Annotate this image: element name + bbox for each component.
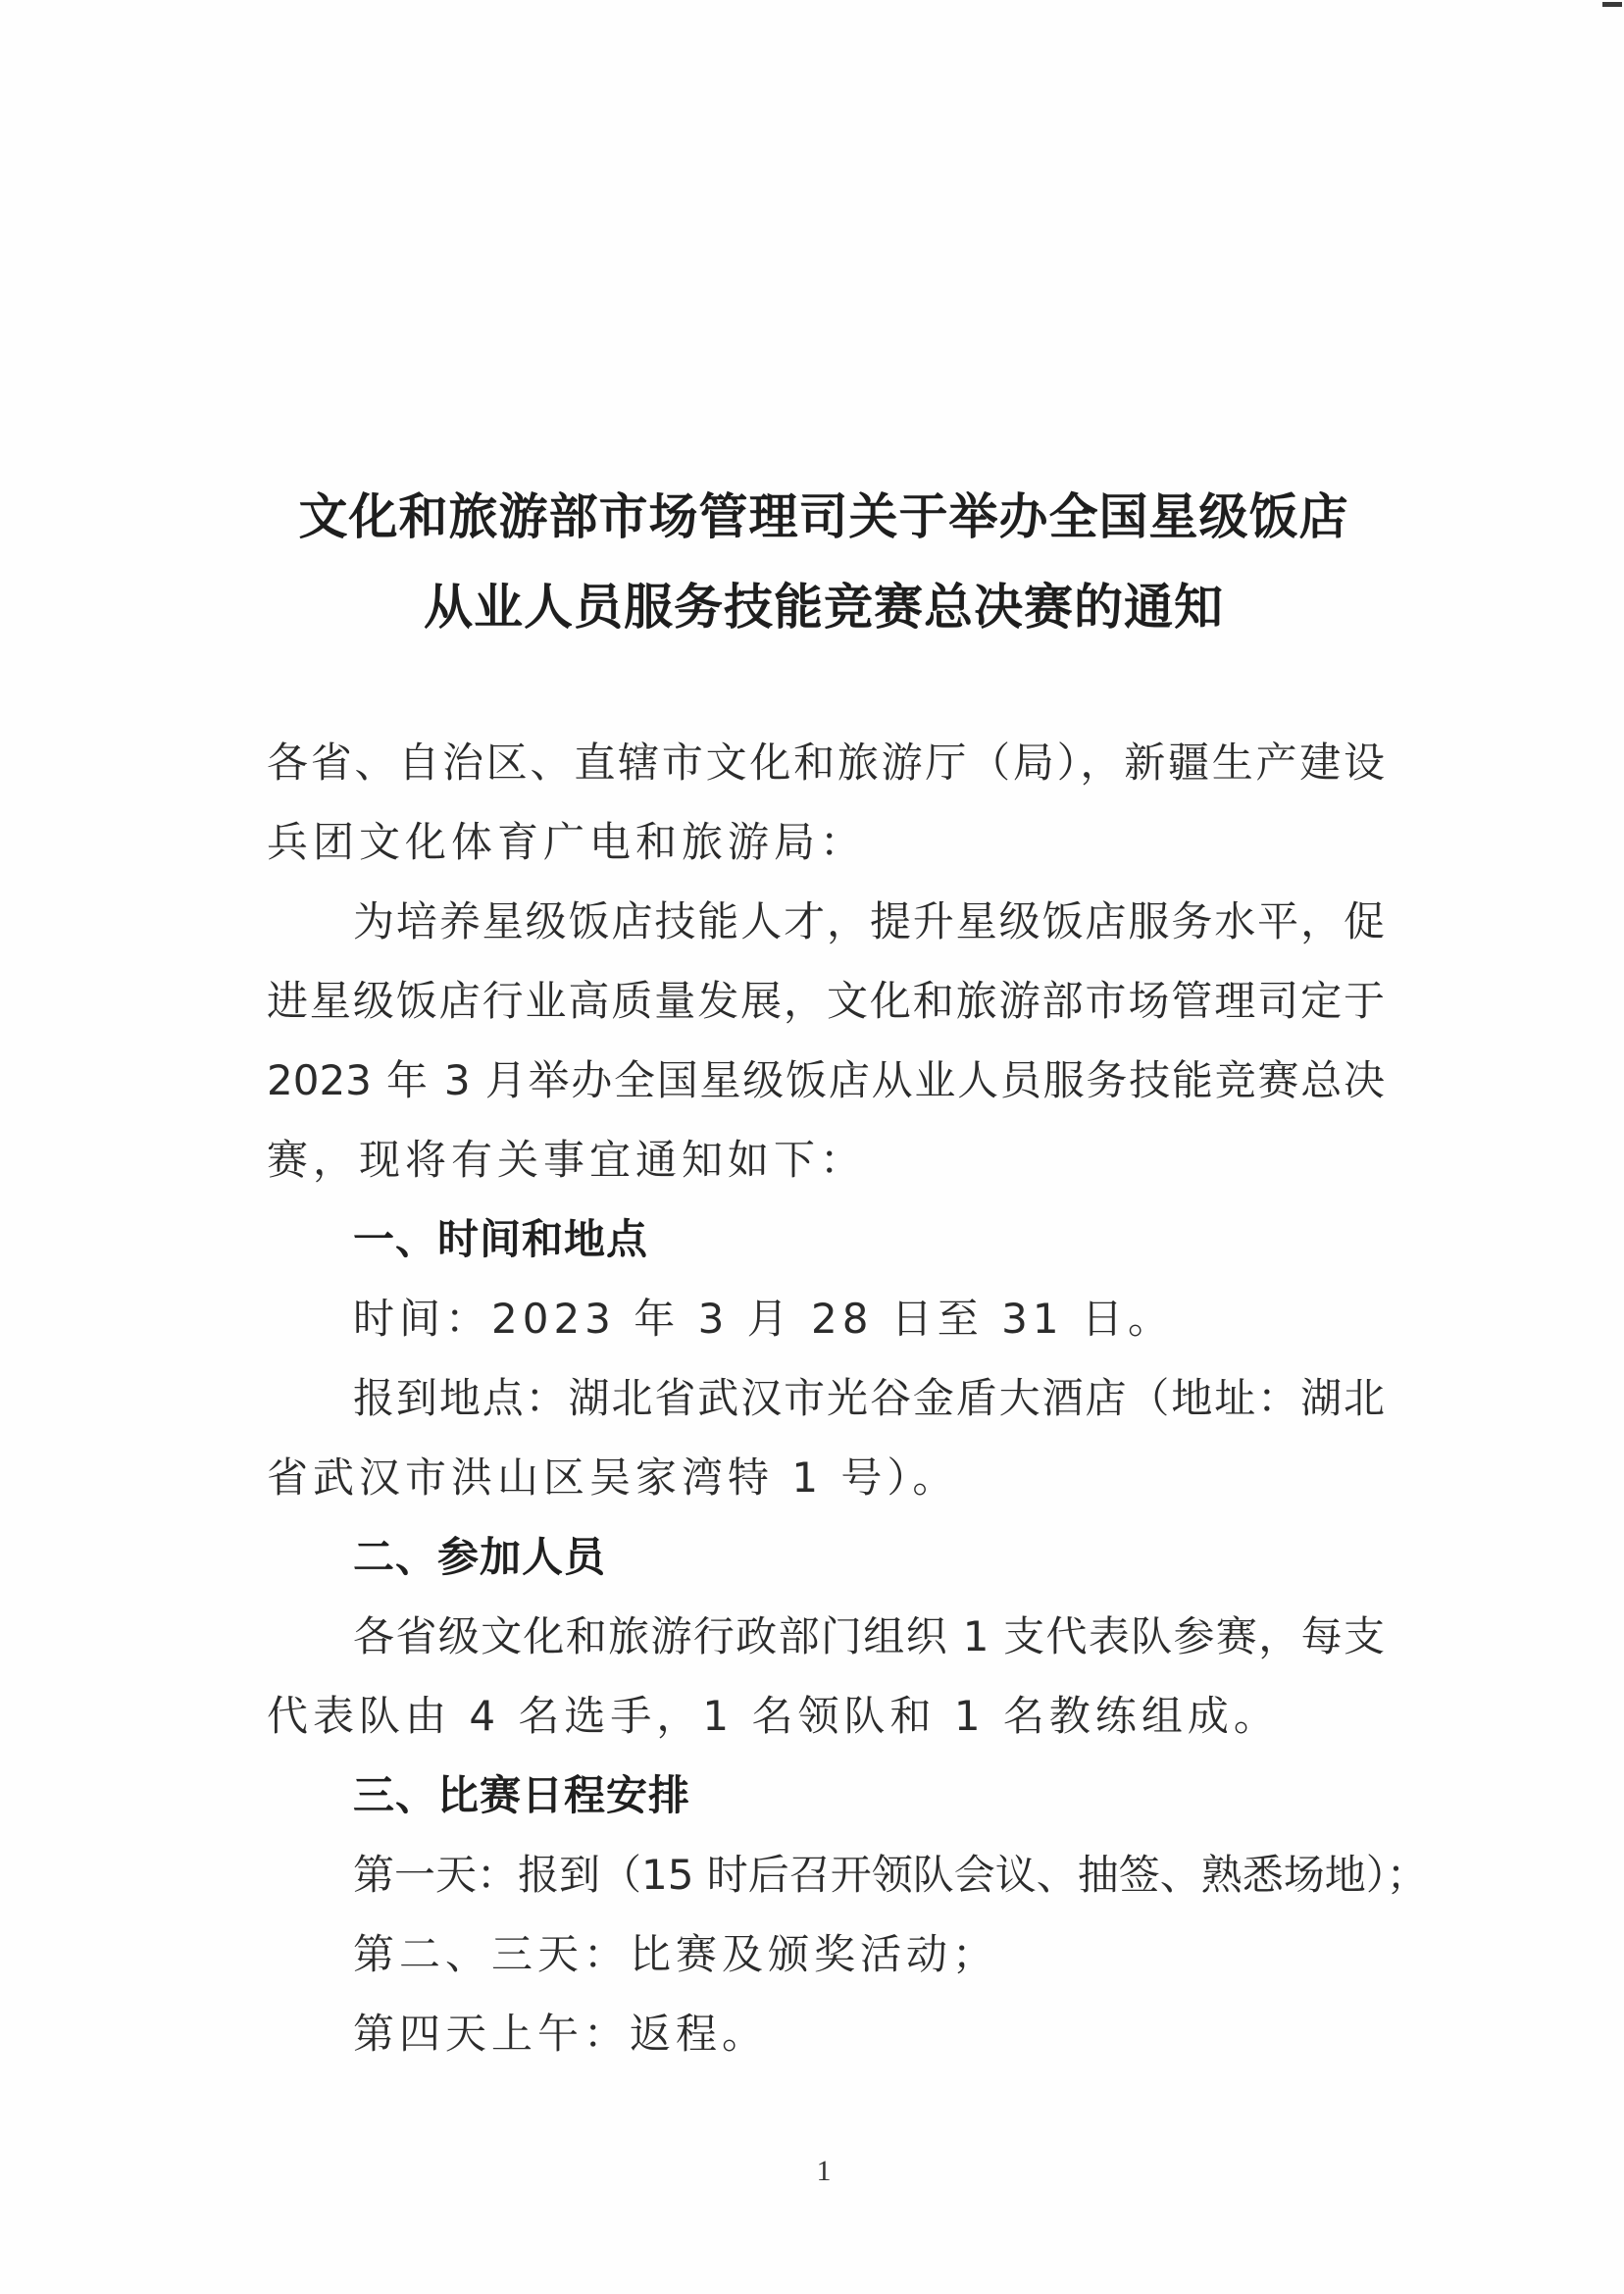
scan-artifact xyxy=(1602,2,1622,7)
section-1-line-3: 省武汉市洪山区吴家湾特 1 号）。 xyxy=(267,1453,1385,1503)
intro-line-1: 为培养星级饭店技能人才，提升星级饭店服务水平，促 xyxy=(267,897,1385,946)
section-heading-participants: 二、参加人员 xyxy=(267,1533,1385,1582)
page-number: 1 xyxy=(804,2154,843,2189)
section-2-line-2: 代表队由 4 名选手，1 名领队和 1 名教练组成。 xyxy=(267,1692,1385,1741)
section-2-line-1: 各省级文化和旅游行政部门组织 1 支代表队参赛，每支 xyxy=(267,1612,1385,1661)
addressee-line-1: 各省、自治区、直辖市文化和旅游厅（局），新疆生产建设 xyxy=(267,739,1385,788)
document-page: 文化和旅游部市场管理司关于举办全国星级饭店 从业人员服务技能竞赛总决赛的通知 各… xyxy=(0,0,1624,2294)
addressee-line-2: 兵团文化体育广电和旅游局： xyxy=(267,818,1385,867)
section-heading-schedule: 三、比赛日程安排 xyxy=(267,1771,1385,1820)
intro-line-4: 赛，现将有关事宜通知如下： xyxy=(267,1136,1385,1185)
section-3-line-2: 第二、三天：比赛及颁奖活动； xyxy=(267,1930,1385,1979)
intro-line-2: 进星级饭店行业高质量发展，文化和旅游部市场管理司定于 xyxy=(267,977,1385,1026)
section-heading-time-place: 一、时间和地点 xyxy=(267,1215,1385,1264)
section-1-line-2: 报到地点：湖北省武汉市光谷金盾大酒店（地址：湖北 xyxy=(267,1374,1385,1423)
document-title-line-2: 从业人员服务技能竞赛总决赛的通知 xyxy=(0,580,1624,635)
document-title-line-1: 文化和旅游部市场管理司关于举办全国星级饭店 xyxy=(0,489,1624,544)
intro-line-3: 2023 年 3 月举办全国星级饭店从业人员服务技能竞赛总决 xyxy=(267,1056,1385,1105)
section-3-line-1: 第一天：报到（15 时后召开领队会议、抽签、熟悉场地）； xyxy=(267,1851,1385,1900)
section-1-line-1: 时间：2023 年 3 月 28 日至 31 日。 xyxy=(267,1295,1385,1344)
section-3-line-3: 第四天上午：返程。 xyxy=(267,2010,1385,2059)
